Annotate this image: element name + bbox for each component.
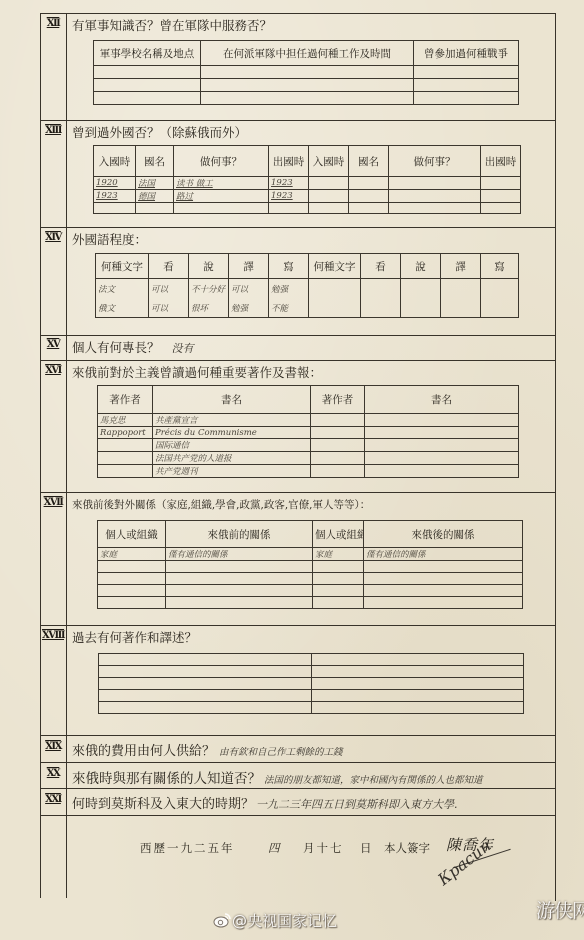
- table-cell: [311, 439, 365, 452]
- table-cell: 共產黨宣言: [153, 414, 311, 427]
- languages-table: 何種文字看說譯寫何種文字看說譯寫法文可以不十分好可以勉强俄文可以很坏勉强不能: [95, 253, 519, 318]
- table-row: [98, 597, 523, 609]
- section-question: 過去有何著作和譯述？: [72, 628, 197, 646]
- table-cell: [361, 298, 401, 318]
- section-question: 何時到莫斯科及入東大的時期？一九二三年四五日到莫斯科即入東方大學.: [72, 793, 458, 812]
- table-row: [98, 561, 523, 573]
- table-row: [99, 654, 524, 666]
- table-cell: [94, 203, 136, 214]
- table-cell: 家庭: [313, 548, 364, 561]
- table-cell: [481, 177, 521, 190]
- column-header: 來俄前的關係: [166, 521, 313, 548]
- date-day-label: 日: [360, 840, 374, 856]
- table-header: 入國時國名做何事？出國時入國時國名做何事？出國時: [94, 146, 521, 177]
- table-row: [94, 66, 519, 79]
- table-row: 俄文可以很坏勉强不能: [96, 298, 519, 318]
- table-row: [98, 573, 523, 585]
- section-question: 來俄時與那有關係的人知道否？法国的朋友都知道，家中和國內有関係的人也都知道: [72, 767, 483, 787]
- weibo-icon: [213, 912, 231, 928]
- table-cell: [98, 597, 166, 609]
- section-numeral: XIV: [40, 232, 66, 243]
- section-abroad: XIII 曾到過外國否？（除蘇俄而外） 入國時國名做何事？出國時入國時國名做何事…: [40, 120, 555, 227]
- column-header: 譯: [441, 254, 481, 279]
- table-cell: [389, 203, 481, 214]
- table-cell: [365, 414, 519, 427]
- question-text: 何時到莫斯科及入東大的時期？: [72, 797, 254, 812]
- column-header: 寫: [269, 254, 309, 279]
- table-header-row: 個人或組織來俄前的關係個人或組織來俄後的關係: [98, 521, 523, 548]
- table-cell: [269, 203, 309, 214]
- table-cell: 德国: [136, 190, 174, 203]
- table-cell: [309, 298, 361, 318]
- column-header: 在何派軍隊中担任過何種工作及時間: [201, 41, 414, 66]
- table-cell: [99, 678, 312, 690]
- table-row: 馬克思共產黨宣言: [98, 414, 519, 427]
- abroad-table: 入國時國名做何事？出國時入國時國名做何事？出國時1920法国读书 做工19231…: [93, 145, 521, 214]
- section-question: 來俄的費用由何人供給？由有欽和自己作工剩餘的工錢: [72, 740, 343, 759]
- table-header-row: 軍事學校名稱及地点在何派軍隊中担任過何種工作及時間曾參加過何種戰爭: [94, 41, 519, 66]
- table-cell: [312, 702, 524, 714]
- table-cell: 路过: [174, 190, 269, 203]
- table-cell: [98, 439, 153, 452]
- table-cell: [313, 561, 364, 573]
- table-cell: [365, 427, 519, 439]
- section-funding: XIX 來俄的費用由何人供給？由有欽和自己作工剩餘的工錢: [40, 735, 555, 762]
- table-cell: [99, 654, 312, 666]
- table-cell: [166, 561, 313, 573]
- table-cell: Précis du Communisme: [153, 427, 311, 439]
- column-header: 何種文字: [309, 254, 361, 279]
- date-year: 西歷一九二五年: [140, 840, 235, 856]
- section-arrival: XXI 何時到莫斯科及入東大的時期？一九二三年四五日到莫斯科即入東方大學.: [40, 788, 555, 815]
- table-cell: [481, 190, 521, 203]
- column-header: 個人或組織: [313, 521, 364, 548]
- column-header: 譯: [229, 254, 269, 279]
- table-cell: 可以: [229, 279, 269, 299]
- section-numeral: XV: [40, 339, 66, 350]
- table-header-row: 著作者書名著作者書名: [98, 386, 519, 414]
- table-cell: 1923: [269, 177, 309, 190]
- table-cell: [401, 298, 441, 318]
- table-cell: 共产党週刊: [153, 465, 311, 478]
- table-cell: 1920: [94, 177, 136, 190]
- table-row: [94, 203, 521, 214]
- table-cell: 读书 做工: [174, 177, 269, 190]
- table-cell: [312, 690, 524, 702]
- column-header: 國名: [136, 146, 174, 177]
- table-cell: [481, 203, 521, 214]
- table-cell: [94, 66, 201, 79]
- date-day: 月十七: [303, 840, 344, 856]
- table-cell: [313, 585, 364, 597]
- table-body: 1920法国读书 做工19231923德国路过1923: [94, 177, 521, 214]
- table-cell: [349, 203, 389, 214]
- table-cell: [365, 452, 519, 465]
- column-header: 說: [189, 254, 229, 279]
- table-cell: [309, 177, 349, 190]
- section-writings: XVIII 過去有何著作和譯述？: [40, 625, 555, 735]
- section-numeral: XVII: [40, 497, 66, 508]
- table-header: 個人或組織來俄前的關係個人或組織來俄後的關係: [98, 521, 523, 548]
- table-cell: [313, 597, 364, 609]
- table-row: [99, 690, 524, 702]
- table-cell: 法文: [96, 279, 149, 299]
- section-knowledge: XX 來俄時與那有關係的人知道否？法国的朋友都知道，家中和國內有関係的人也都知道: [40, 762, 555, 788]
- table-cell: [94, 79, 201, 92]
- question-text: 個人有何專長？: [72, 340, 160, 355]
- table-cell: [136, 203, 174, 214]
- table-cell: [98, 452, 153, 465]
- table-cell: [364, 585, 523, 597]
- handwritten-answer: 法国的朋友都知道，家中和國內有関係的人也都知道: [264, 775, 483, 786]
- table-header: 軍事學校名稱及地点在何派軍隊中担任過何種工作及時間曾參加過何種戰爭: [94, 41, 519, 66]
- question-text: 來俄時與那有關係的人知道否？: [72, 771, 261, 787]
- section-question: 有軍事知識否？曾在軍隊中服務否？: [72, 16, 272, 34]
- table-cell: [365, 465, 519, 478]
- readings-table: 著作者書名著作者書名馬克思共產黨宣言RappoportPrécis du Com…: [97, 385, 519, 478]
- section-languages: XIV 外國語程度： 何種文字看說譯寫何種文字看說譯寫法文可以不十分好可以勉强俄…: [40, 227, 555, 335]
- table-row: 1923德国路过1923: [94, 190, 521, 203]
- relations-table: 個人或組織來俄前的關係個人或組織來俄後的關係家庭僅有通信的關係家庭僅有通信的關係: [97, 520, 523, 609]
- table-header-row: 何種文字看說譯寫何種文字看說譯寫: [96, 254, 519, 279]
- table-row: 1920法国读书 做工1923: [94, 177, 521, 190]
- table-cell: [98, 585, 166, 597]
- table-cell: [441, 279, 481, 299]
- section-question: 來俄前後對外關係（家庭,組織,學會,政黨,政客,官僚,軍人等等）：: [72, 497, 370, 512]
- table-cell: 勉强: [269, 279, 309, 299]
- table-cell: [414, 92, 519, 105]
- column-header: 著作者: [98, 386, 153, 414]
- table-cell: 不能: [269, 298, 309, 318]
- table-cell: [389, 190, 481, 203]
- section-numeral: XVIII: [40, 630, 66, 641]
- weibo-watermark: @央视国家记忆: [232, 910, 337, 931]
- table-body: [99, 654, 524, 714]
- table-cell: [98, 561, 166, 573]
- table-cell: [364, 597, 523, 609]
- table-cell: [312, 666, 524, 678]
- table-cell: 僅有通信的關係: [166, 548, 313, 561]
- table-cell: 1923: [94, 190, 136, 203]
- column-header: 出國時: [481, 146, 521, 177]
- table-cell: Rappoport: [98, 427, 153, 439]
- column-header: 個人或組織: [98, 521, 166, 548]
- table-cell: [94, 92, 201, 105]
- section-question: 曾到過外國否？（除蘇俄而外）: [72, 123, 247, 141]
- table-cell: [313, 573, 364, 585]
- date-month: 四: [268, 840, 282, 856]
- section-question: 來俄前對於主義曾讀過何種重要著作及書報：: [72, 363, 322, 381]
- scanned-questionnaire-page: XII 有軍事知識否？曾在軍隊中服務否？ 軍事學校名稱及地点在何派軍隊中担任過何…: [0, 0, 584, 940]
- table-cell: 法国: [136, 177, 174, 190]
- table-cell: 馬克思: [98, 414, 153, 427]
- table-cell: [201, 66, 414, 79]
- section-numeral: XVI: [40, 365, 66, 376]
- table-cell: [309, 279, 361, 299]
- section-numeral: XX: [40, 768, 66, 779]
- column-header: 來俄後的關係: [364, 521, 523, 548]
- column-header: 入國時: [309, 146, 349, 177]
- table-cell: 僅有通信的關係: [364, 548, 523, 561]
- table-cell: [365, 439, 519, 452]
- table-cell: [389, 177, 481, 190]
- table-cell: [309, 203, 349, 214]
- column-header: 做何事？: [174, 146, 269, 177]
- column-header: 寫: [481, 254, 519, 279]
- section-numeral: XIII: [40, 125, 66, 136]
- table-cell: [311, 465, 365, 478]
- column-header: 國名: [349, 146, 389, 177]
- section-numeral: XII: [40, 18, 66, 29]
- table-row: RappoportPrécis du Communisme: [98, 427, 519, 439]
- table-header-row: 入國時國名做何事？出國時入國時國名做何事？出國時: [94, 146, 521, 177]
- table-cell: 可以: [149, 279, 189, 299]
- table-cell: [349, 177, 389, 190]
- table-cell: [312, 678, 524, 690]
- table-cell: [99, 666, 312, 678]
- column-header: 出國時: [269, 146, 309, 177]
- table-cell: 勉强: [229, 298, 269, 318]
- table-cell: [99, 702, 312, 714]
- section-specialty: XV 個人有何專長？没有: [40, 335, 555, 360]
- column-header: 書名: [153, 386, 311, 414]
- question-text: 來俄的費用由何人供給？: [72, 744, 215, 759]
- table-row: [94, 92, 519, 105]
- section-relations: XVII 來俄前後對外關係（家庭,組織,學會,政黨,政客,官僚,軍人等等）： 個…: [40, 492, 555, 625]
- table-body: 馬克思共產黨宣言RappoportPrécis du Communisme国际通…: [98, 414, 519, 478]
- table-cell: 家庭: [98, 548, 166, 561]
- table-row: 法国共产党的人道报: [98, 452, 519, 465]
- table-cell: [361, 279, 401, 299]
- table-cell: [311, 452, 365, 465]
- table-row: 法文可以不十分好可以勉强: [96, 279, 519, 299]
- frame-right-border: [555, 13, 556, 901]
- site-watermark: 游侠网: [536, 896, 584, 923]
- handwritten-answer: 由有欽和自己作工剩餘的工錢: [219, 747, 343, 758]
- column-header: 說: [401, 254, 441, 279]
- table-cell: [99, 690, 312, 702]
- table-row: [98, 585, 523, 597]
- table-cell: [311, 414, 365, 427]
- table-row: 共产党週刊: [98, 465, 519, 478]
- table-cell: [166, 585, 313, 597]
- section-readings: XVI 來俄前對於主義曾讀過何種重要著作及書報： 著作者書名著作者書名馬克思共產…: [40, 360, 555, 492]
- column-header: 做何事？: [389, 146, 481, 177]
- table-cell: 可以: [149, 298, 189, 318]
- table-cell: 国际通信: [153, 439, 311, 452]
- military-table: 軍事學校名稱及地点在何派軍隊中担任過何種工作及時間曾參加過何種戰爭: [93, 40, 519, 105]
- table-cell: [349, 190, 389, 203]
- table-cell: [201, 79, 414, 92]
- handwritten-answer: 没有: [172, 342, 194, 355]
- table-cell: [98, 573, 166, 585]
- section-numeral: XIX: [40, 741, 66, 752]
- table-cell: 不十分好: [189, 279, 229, 299]
- table-row: [94, 79, 519, 92]
- section-question: 外國語程度：: [72, 230, 147, 248]
- table-cell: [364, 561, 523, 573]
- table-cell: 1923: [269, 190, 309, 203]
- column-header: 書名: [365, 386, 519, 414]
- table-row: [99, 702, 524, 714]
- table-cell: [174, 203, 269, 214]
- table-cell: [364, 573, 523, 585]
- table-cell: [201, 92, 414, 105]
- table-body: 家庭僅有通信的關係家庭僅有通信的關係: [98, 548, 523, 609]
- table-row: 家庭僅有通信的關係家庭僅有通信的關係: [98, 548, 523, 561]
- table-cell: [309, 190, 349, 203]
- column-header: 看: [149, 254, 189, 279]
- table-cell: [311, 427, 365, 439]
- table-cell: [98, 465, 153, 478]
- table-cell: [401, 279, 441, 299]
- table-cell: 法国共产党的人道报: [153, 452, 311, 465]
- column-header: 入國時: [94, 146, 136, 177]
- writings-table: [98, 653, 524, 714]
- table-cell: [481, 298, 519, 318]
- handwritten-answer: 一九二三年四五日到莫斯科即入東方大學.: [256, 798, 458, 811]
- table-cell: [481, 279, 519, 299]
- column-header: 著作者: [311, 386, 365, 414]
- column-header: 看: [361, 254, 401, 279]
- table-row: 国际通信: [98, 439, 519, 452]
- table-body: [94, 66, 519, 105]
- table-cell: 很坏: [189, 298, 229, 318]
- table-header: 著作者書名著作者書名: [98, 386, 519, 414]
- column-header: 何種文字: [96, 254, 149, 279]
- table-body: 法文可以不十分好可以勉强俄文可以很坏勉强不能: [96, 279, 519, 318]
- column-header: 軍事學校名稱及地点: [94, 41, 201, 66]
- table-cell: [166, 573, 313, 585]
- table-row: [99, 666, 524, 678]
- table-cell: [414, 79, 519, 92]
- table-cell: [312, 654, 524, 666]
- table-header: 何種文字看說譯寫何種文字看說譯寫: [96, 254, 519, 279]
- section-question: 個人有何專長？没有: [72, 338, 194, 356]
- section-divider: [40, 815, 555, 816]
- section-military: XII 有軍事知識否？曾在軍隊中服務否？ 軍事學校名稱及地点在何派軍隊中担任過何…: [40, 13, 555, 120]
- table-row: [99, 678, 524, 690]
- table-cell: 俄文: [96, 298, 149, 318]
- table-cell: [414, 66, 519, 79]
- section-numeral: XXI: [40, 794, 66, 805]
- table-cell: [166, 597, 313, 609]
- table-cell: [441, 298, 481, 318]
- signature-label: 本人簽字: [384, 840, 430, 856]
- column-header: 曾參加過何種戰爭: [414, 41, 519, 66]
